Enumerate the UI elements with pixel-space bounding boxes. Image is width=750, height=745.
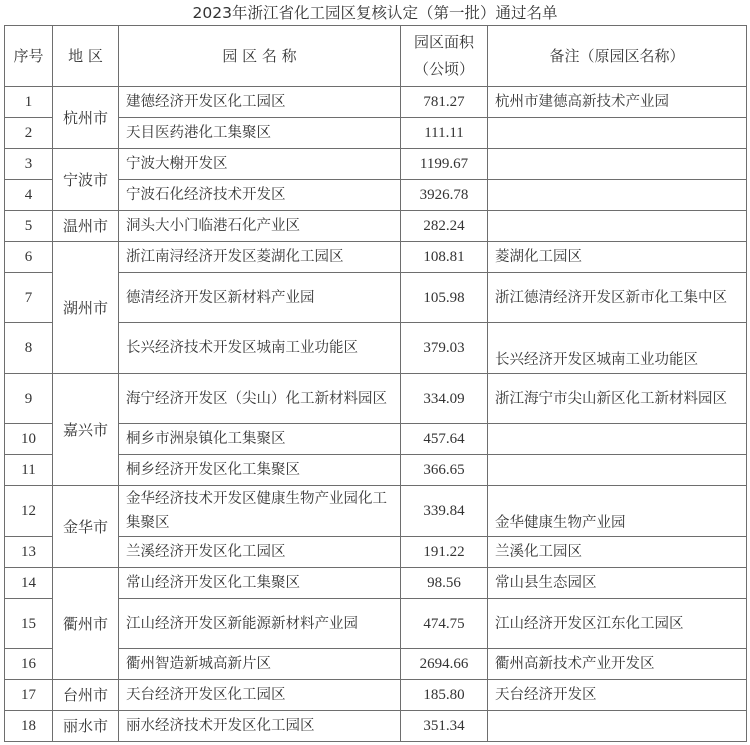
table-row: 14 衢州市 常山经济开发区化工集聚区 98.56 常山县生态园区 <box>5 568 747 599</box>
cell-area: 1199.67 <box>401 149 488 180</box>
cell-region-quzhou: 衢州市 <box>53 568 119 680</box>
cell-area: 457.64 <box>401 424 488 455</box>
cell-park-name: 天台经济开发区化工园区 <box>119 680 401 711</box>
cell-region-ningbo: 宁波市 <box>53 149 119 211</box>
cell-area: 108.81 <box>401 242 488 273</box>
cell-note <box>488 711 747 742</box>
cell-seq: 15 <box>5 599 53 649</box>
table-row: 1 杭州市 建德经济开发区化工园区 781.27 杭州市建德高新技术产业园 <box>5 87 747 118</box>
cell-seq: 9 <box>5 374 53 424</box>
cell-park-name: 海宁经济开发区（尖山）化工新材料园区 <box>119 374 401 424</box>
cell-area: 379.03 <box>401 323 488 374</box>
cell-area: 111.11 <box>401 118 488 149</box>
cell-area: 185.80 <box>401 680 488 711</box>
cell-seq: 3 <box>5 149 53 180</box>
table-row: 18 丽水市 丽水经济技术开发区化工园区 351.34 <box>5 711 747 742</box>
cell-note: 兰溪化工园区 <box>488 537 747 568</box>
header-region: 地 区 <box>53 26 119 87</box>
cell-region-jiaxing: 嘉兴市 <box>53 374 119 486</box>
cell-area: 474.75 <box>401 599 488 649</box>
cell-park-name: 德清经济开发区新材料产业园 <box>119 273 401 323</box>
cell-note <box>488 180 747 211</box>
header-area-line1: 园区面积 <box>401 29 487 56</box>
cell-area: 366.65 <box>401 455 488 486</box>
cell-area: 98.56 <box>401 568 488 599</box>
cell-park-name: 江山经济开发区新能源新材料产业园 <box>119 599 401 649</box>
table-row: 9 嘉兴市 海宁经济开发区（尖山）化工新材料园区 334.09 浙江海宁市尖山新… <box>5 374 747 424</box>
cell-seq: 10 <box>5 424 53 455</box>
chemical-parks-table: 序号 地 区 园 区 名 称 园区面积 （公顷） 备注（原园区名称） 1 杭州市… <box>4 25 747 742</box>
cell-note: 江山经济开发区江东化工园区 <box>488 599 747 649</box>
cell-area: 105.98 <box>401 273 488 323</box>
cell-seq: 17 <box>5 680 53 711</box>
table-row: 12 金华市 金华经济技术开发区健康生物产业园化工集聚区 339.84 金华健康… <box>5 486 747 537</box>
cell-note: 长兴经济开发区城南工业功能区 <box>488 323 747 374</box>
cell-park-name: 宁波大榭开发区 <box>119 149 401 180</box>
cell-seq: 8 <box>5 323 53 374</box>
cell-seq: 5 <box>5 211 53 242</box>
cell-note: 浙江海宁市尖山新区化工新材料园区 <box>488 374 747 424</box>
table-header-row: 序号 地 区 园 区 名 称 园区面积 （公顷） 备注（原园区名称） <box>5 26 747 87</box>
header-note: 备注（原园区名称） <box>488 26 747 87</box>
cell-note <box>488 118 747 149</box>
cell-area: 3926.78 <box>401 180 488 211</box>
cell-note: 衢州高新技术产业开发区 <box>488 649 747 680</box>
cell-note <box>488 149 747 180</box>
cell-note: 浙江德清经济开发区新市化工集中区 <box>488 273 747 323</box>
header-area: 园区面积 （公顷） <box>401 26 488 87</box>
table-row: 6 湖州市 浙江南浔经济开发区菱湖化工园区 108.81 菱湖化工园区 <box>5 242 747 273</box>
cell-note: 常山县生态园区 <box>488 568 747 599</box>
cell-park-name: 长兴经济技术开发区城南工业功能区 <box>119 323 401 374</box>
cell-seq: 18 <box>5 711 53 742</box>
cell-area: 191.22 <box>401 537 488 568</box>
cell-park-name: 宁波石化经济技术开发区 <box>119 180 401 211</box>
header-seq: 序号 <box>5 26 53 87</box>
cell-seq: 12 <box>5 486 53 537</box>
cell-park-name: 桐乡经济开发区化工集聚区 <box>119 455 401 486</box>
cell-area: 351.34 <box>401 711 488 742</box>
cell-note: 金华健康生物产业园 <box>488 486 747 537</box>
cell-seq: 14 <box>5 568 53 599</box>
cell-park-name: 天目医药港化工集聚区 <box>119 118 401 149</box>
header-area-unit: （公顷） <box>401 56 487 83</box>
cell-note: 杭州市建德高新技术产业园 <box>488 87 747 118</box>
cell-note <box>488 424 747 455</box>
cell-region-wenzhou: 温州市 <box>53 211 119 242</box>
cell-park-name: 丽水经济技术开发区化工园区 <box>119 711 401 742</box>
document-title: 2023年浙江省化工园区复核认定（第一批）通过名单 <box>0 3 750 23</box>
cell-park-name: 建德经济开发区化工园区 <box>119 87 401 118</box>
cell-area: 339.84 <box>401 486 488 537</box>
table-row: 17 台州市 天台经济开发区化工园区 185.80 天台经济开发区 <box>5 680 747 711</box>
cell-area: 781.27 <box>401 87 488 118</box>
cell-region-jinhua: 金华市 <box>53 486 119 568</box>
cell-park-name: 洞头大小门临港石化产业区 <box>119 211 401 242</box>
cell-region-hangzhou: 杭州市 <box>53 87 119 149</box>
cell-seq: 1 <box>5 87 53 118</box>
cell-note <box>488 211 747 242</box>
cell-park-name: 浙江南浔经济开发区菱湖化工园区 <box>119 242 401 273</box>
cell-park-name: 常山经济开发区化工集聚区 <box>119 568 401 599</box>
cell-area: 2694.66 <box>401 649 488 680</box>
cell-area: 334.09 <box>401 374 488 424</box>
cell-note <box>488 455 747 486</box>
cell-area: 282.24 <box>401 211 488 242</box>
cell-park-name: 金华经济技术开发区健康生物产业园化工集聚区 <box>119 486 401 537</box>
table-row: 3 宁波市 宁波大榭开发区 1199.67 <box>5 149 747 180</box>
cell-region-taizhou: 台州市 <box>53 680 119 711</box>
header-park-name: 园 区 名 称 <box>119 26 401 87</box>
cell-park-name: 兰溪经济开发区化工园区 <box>119 537 401 568</box>
cell-seq: 16 <box>5 649 53 680</box>
cell-region-huzhou: 湖州市 <box>53 242 119 374</box>
cell-seq: 4 <box>5 180 53 211</box>
cell-note: 菱湖化工园区 <box>488 242 747 273</box>
cell-seq: 7 <box>5 273 53 323</box>
cell-note: 天台经济开发区 <box>488 680 747 711</box>
cell-park-name: 衢州智造新城高新片区 <box>119 649 401 680</box>
cell-region-lishui: 丽水市 <box>53 711 119 742</box>
cell-seq: 11 <box>5 455 53 486</box>
cell-park-name: 桐乡市洲泉镇化工集聚区 <box>119 424 401 455</box>
cell-seq: 2 <box>5 118 53 149</box>
table-row: 5 温州市 洞头大小门临港石化产业区 282.24 <box>5 211 747 242</box>
cell-seq: 6 <box>5 242 53 273</box>
cell-seq: 13 <box>5 537 53 568</box>
